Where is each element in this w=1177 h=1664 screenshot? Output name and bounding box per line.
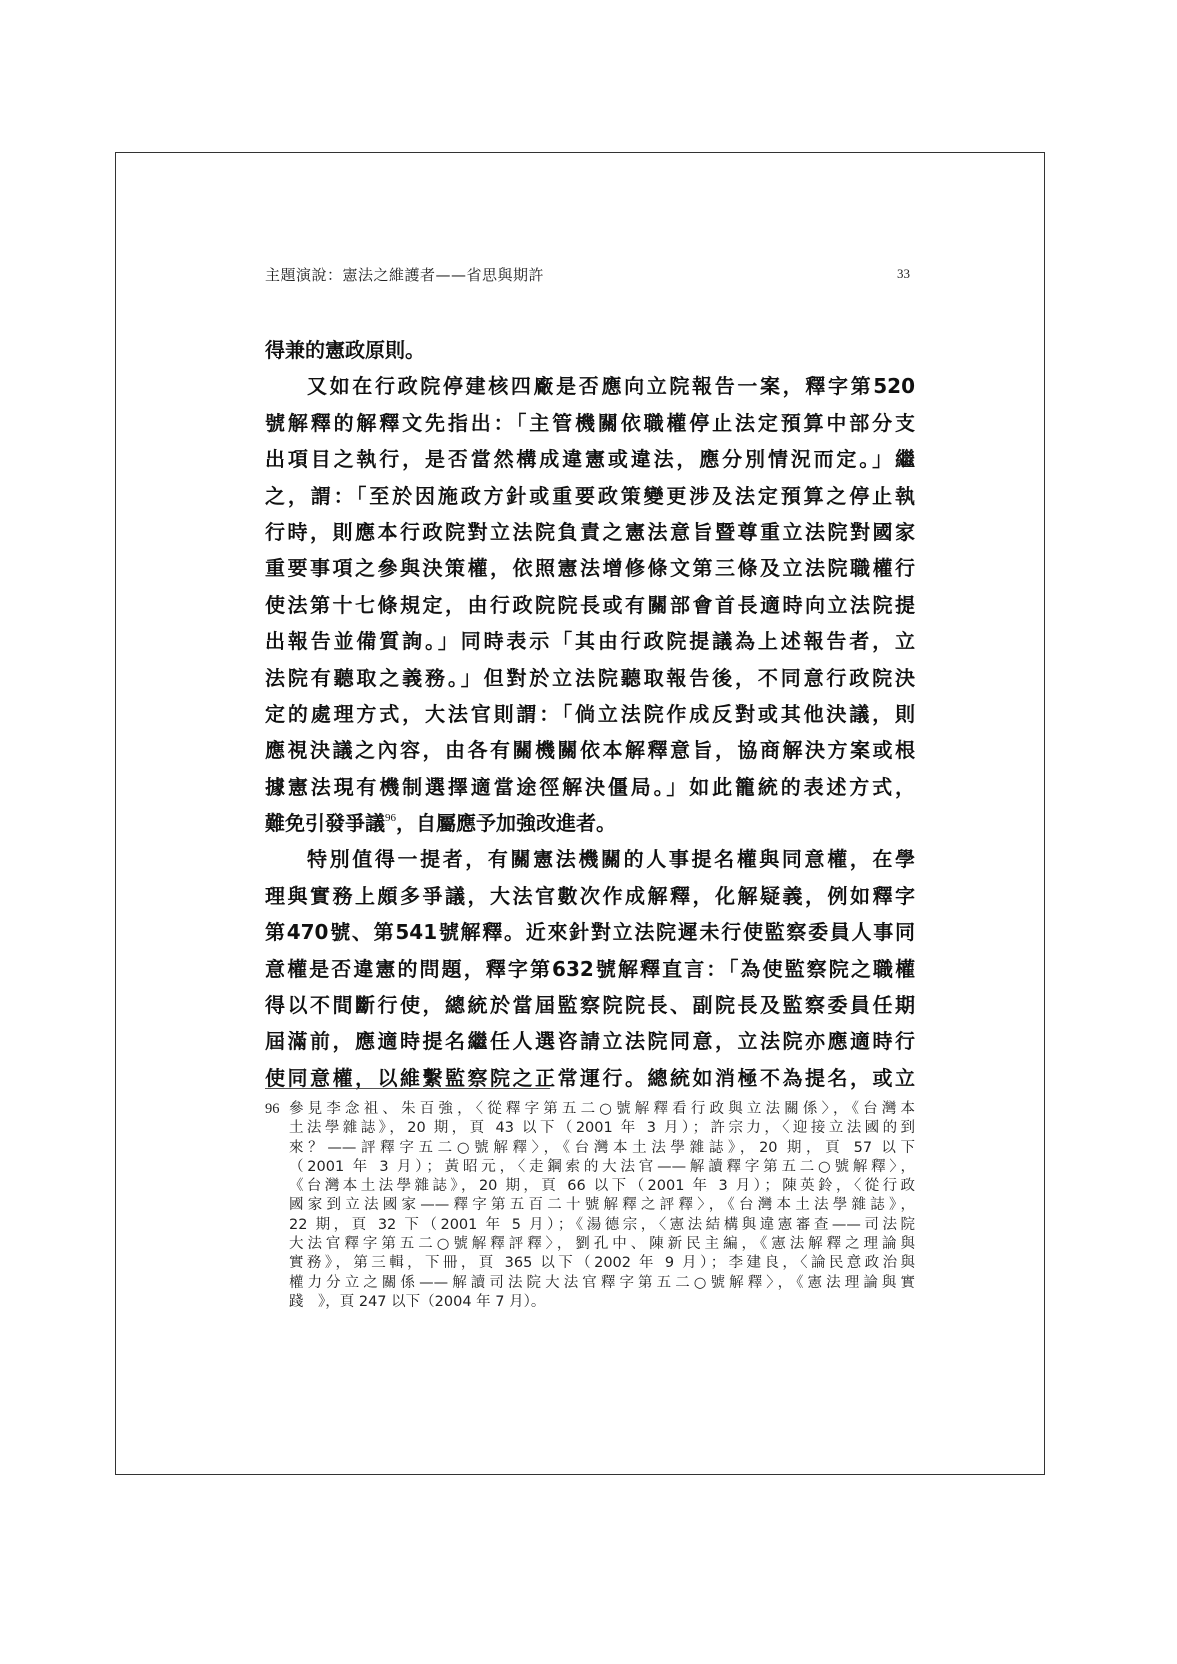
body-line: 又如在行政院停建核四廠是否應向立院報告一案，釋字第520 xyxy=(265,368,915,404)
page-number: 33 xyxy=(897,266,910,282)
footnote-separator xyxy=(265,1088,550,1089)
body-line: 定的處理方式，大法官則謂：「倘立法院作成反對或其他決議，則 xyxy=(265,696,915,732)
footnote-line-text: 參見李念祖、朱百強，〈從釋字第五二○號解釋看行政與立法關係〉，《台灣本 xyxy=(289,1101,915,1117)
body-line: 難免引發爭議96，自屬應予加強改進者。 xyxy=(265,805,915,841)
body-line: 出項目之執行，是否當然構成違憲或違法，應分別情況而定。」繼 xyxy=(265,441,915,477)
footnote-line: 22 期，頁 32 下（2001 年 5 月）；《湯德宗，〈憲法結構與違憲審查—… xyxy=(265,1216,915,1235)
footnote-number: 96 xyxy=(265,1100,280,1119)
footnote-ref-96[interactable]: 96 xyxy=(385,812,396,824)
body-line: 特別值得一提者，有關憲法機關的人事提名權與同意權，在學 xyxy=(265,841,915,877)
body-line: 意權是否違憲的問題，釋字第632號解釋直言：「為使監察院之職權 xyxy=(265,951,915,987)
body-line-text-after: ，自屬應予加強改進者。 xyxy=(396,811,616,835)
footnote-line: 土法學雜誌》，20 期，頁 43 以下（2001 年 3 月）；許宗力，〈迎接立… xyxy=(265,1119,915,1138)
footnote-line: 實務》，第三輯，下冊，頁 365 以下（2002 年 9 月）；李建良，〈論民意… xyxy=(265,1254,915,1273)
body-line: 重要事項之參與決策權，依照憲法增修條文第三條及立法院職權行 xyxy=(265,550,915,586)
footnote-line: 來？——評釋字五二○號解釋〉，《台灣本土法學雜誌》，20 期，頁 57 以下 xyxy=(265,1139,915,1158)
body-line: 出報告並備質詢。」同時表示「其由行政院提議為上述報告者，立 xyxy=(265,623,915,659)
body-line: 據憲法現有機制選擇適當途徑解決僵局。」如此籠統的表述方式， xyxy=(265,769,915,805)
body-line: 得以不間斷行使，總統於當屆監察院院長、副院長及監察委員任期 xyxy=(265,987,915,1023)
footnote-line: （2001 年 3 月）；黃昭元，〈走鋼索的大法官——解讀釋字第五二○號解釋〉， xyxy=(265,1158,915,1177)
body-line: 屆滿前，應適時提名繼任人選咨請立法院同意，立法院亦應適時行 xyxy=(265,1023,915,1059)
body-line: 得兼的憲政原則。 xyxy=(265,332,915,368)
body-line: 之，謂：「至於因施政方針或重要政策變更涉及法定預算之停止執 xyxy=(265,478,915,514)
footnote-line: 大法官釋字第五二○號解釋評釋〉，劉孔中、陳新民主編，《憲法解釋之理論與 xyxy=(265,1235,915,1254)
body-line: 使法第十七條規定，由行政院院長或有關部會首長適時向立法院提 xyxy=(265,587,915,623)
body-line: 行時，則應本行政院對立法院負責之憲法意旨暨尊重立法院對國家 xyxy=(265,514,915,550)
body-line: 法院有聽取之義務。」但對於立法院聽取報告後，不同意行政院決 xyxy=(265,660,915,696)
footnote-line: 《台灣本土法學雜誌》，20 期，頁 66 以下（2001 年 3 月）；陳英鈴，… xyxy=(265,1177,915,1196)
body-line: 理與實務上頗多爭議，大法官數次作成解釋，化解疑義，例如釋字 xyxy=(265,878,915,914)
footnote-line: 踐 》，頁 247 以下（2004 年 7 月）。 xyxy=(265,1293,915,1312)
body-line: 應視決議之內容，由各有關機關依本解釋意旨，協商解決方案或根 xyxy=(265,732,915,768)
body-line: 號解釋的解釋文先指出：「主管機關依職權停止法定預算中部分支 xyxy=(265,405,915,441)
running-head-title: 主題演說：憲法之維護者——省思與期許 xyxy=(265,264,544,285)
body-line-text: 難免引發爭議 xyxy=(265,811,385,835)
footnote-96: 96參見李念祖、朱百強，〈從釋字第五二○號解釋看行政與立法關係〉，《台灣本 土法… xyxy=(265,1100,915,1312)
body-text: 得兼的憲政原則。 又如在行政院停建核四廠是否應向立院報告一案，釋字第520 號解… xyxy=(265,332,915,1096)
body-line: 使同意權，以維繫監察院之正常運行。總統如消極不為提名，或立 xyxy=(265,1060,915,1096)
body-line: 第470號、第541號解釋。近來針對立法院遲未行使監察委員人事同 xyxy=(265,914,915,950)
footnote-line: 國家到立法國家——釋字第五百二十號解釋之評釋〉，《台灣本土法學雜誌》， xyxy=(265,1196,915,1215)
footnote-line: 權力分立之關係——解讀司法院大法官釋字第五二○號解釋〉，《憲法理論與實 xyxy=(265,1274,915,1293)
footnote-line: 96參見李念祖、朱百強，〈從釋字第五二○號解釋看行政與立法關係〉，《台灣本 xyxy=(265,1100,915,1119)
